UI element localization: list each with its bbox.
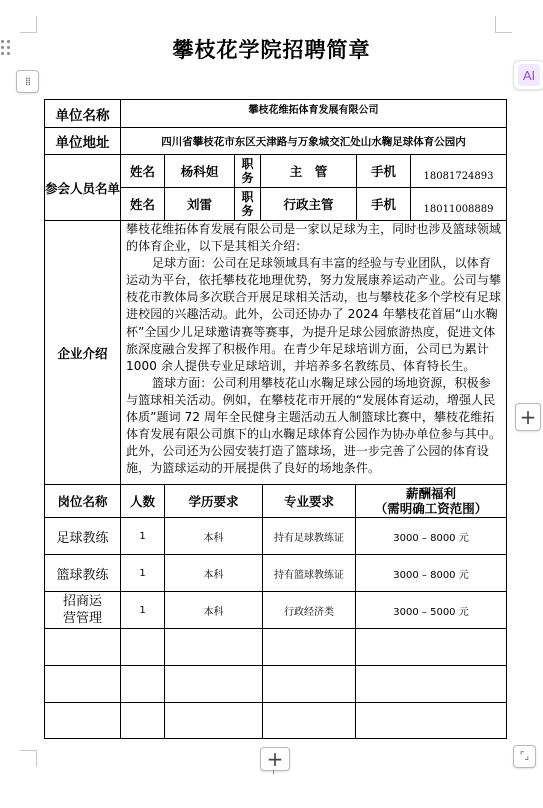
add-column-button[interactable]: +: [515, 403, 541, 431]
job-count[interactable]: 1: [121, 592, 165, 629]
unit-name-label: 单位名称: [45, 100, 121, 128]
empty-cell[interactable]: [165, 666, 263, 703]
empty-cell[interactable]: [121, 666, 165, 703]
attendee-name[interactable]: 杨科妲: [165, 155, 235, 188]
attendee-position[interactable]: 主 管: [261, 155, 357, 188]
intro-paragraph: 攀枝花维拓体育发展有限公司是一家以足球为主，同时也涉及篮球领域的体育企业，以下是…: [126, 221, 502, 255]
header-education: 学历要求: [165, 485, 263, 518]
table-row: 篮球教练 1 本科 持有篮球教练证 3000 – 8000 元: [45, 555, 507, 592]
attendee-phone[interactable]: 18011008889: [411, 188, 507, 221]
page-corner-mark: [495, 16, 512, 33]
job-count[interactable]: 1: [121, 518, 165, 555]
ai-label: AI: [518, 64, 540, 86]
empty-table-row: [45, 629, 507, 666]
empty-cell[interactable]: [121, 703, 165, 739]
empty-cell[interactable]: [263, 666, 356, 703]
attendee-position-label: 职务: [235, 188, 261, 221]
job-salary[interactable]: 3000 – 5000 元: [356, 592, 507, 629]
empty-cell[interactable]: [45, 666, 121, 703]
job-major[interactable]: 行政经济类: [263, 592, 356, 629]
job-major[interactable]: 持有足球教练证: [263, 518, 356, 555]
jobs-table: 岗位名称 人数 学历要求 专业要求 薪酬福利 （需明确工资范围） 足球教练 1 …: [44, 484, 507, 739]
job-education[interactable]: 本科: [165, 555, 263, 592]
plus-icon: +: [267, 749, 284, 769]
empty-cell[interactable]: [263, 703, 356, 739]
attendee-position-label: 职务: [235, 155, 261, 188]
table-row: 足球教练 1 本科 持有足球教练证 3000 – 8000 元: [45, 518, 507, 555]
job-position[interactable]: 篮球教练: [45, 555, 121, 592]
job-position[interactable]: 招商运 营管理: [45, 592, 121, 629]
expand-icon: ⌜⌟: [520, 751, 529, 762]
attendee-position[interactable]: 行政主管: [261, 188, 357, 221]
empty-table-row: [45, 666, 507, 703]
empty-cell[interactable]: [45, 703, 121, 739]
unit-name-value[interactable]: 攀枝花维拓体育发展有限公司: [121, 100, 507, 128]
attendee-name-label: 姓名: [121, 188, 165, 221]
attendee-name[interactable]: 刘雷: [165, 188, 235, 221]
page-corner-mark: [20, 750, 37, 767]
job-count[interactable]: 1: [121, 555, 165, 592]
job-major[interactable]: 持有篮球教练证: [263, 555, 356, 592]
page-marker: [273, 770, 274, 774]
empty-cell[interactable]: [121, 629, 165, 666]
job-education[interactable]: 本科: [165, 518, 263, 555]
plus-icon: +: [520, 407, 537, 427]
document-title: 攀枝花学院招聘简章: [0, 34, 543, 64]
empty-table-row: [45, 703, 507, 739]
block-menu-button[interactable]: ⁞⁞: [16, 70, 39, 93]
intro-text[interactable]: 攀枝花维拓体育发展有限公司是一家以足球为主，同时也涉及篮球领域的体育企业，以下是…: [121, 221, 507, 485]
job-salary[interactable]: 3000 – 8000 元: [356, 518, 507, 555]
job-position[interactable]: 足球教练: [45, 518, 121, 555]
table-row: 招商运 营管理 1 本科 行政经济类 3000 – 5000 元: [45, 592, 507, 629]
empty-cell[interactable]: [356, 666, 507, 703]
attendee-phone-label: 手机: [357, 188, 411, 221]
header-salary: 薪酬福利 （需明确工资范围）: [356, 485, 507, 518]
unit-address-value[interactable]: 四川省攀枝花市东区天津路与万象城交汇处山水鞠足球体育公园内: [121, 128, 507, 155]
empty-cell[interactable]: [263, 629, 356, 666]
header-position: 岗位名称: [45, 485, 121, 518]
expand-button[interactable]: ⌜⌟: [513, 745, 536, 768]
attendees-label: 参会人员名单: [45, 155, 121, 221]
intro-label: 企业介绍: [45, 221, 121, 485]
empty-cell[interactable]: [356, 703, 507, 739]
empty-cell[interactable]: [165, 703, 263, 739]
job-salary[interactable]: 3000 – 8000 元: [356, 555, 507, 592]
add-row-button[interactable]: +: [260, 747, 290, 771]
header-count: 人数: [121, 485, 165, 518]
intro-paragraph-basketball: 篮球方面：公司利用攀枝花山水鞠足球公园的场地资源，积极参与篮球相关活动。例如，在…: [126, 375, 502, 478]
attendee-phone[interactable]: 18081724893: [411, 155, 507, 188]
intro-paragraph-football: 足球方面：公司在足球领域具有丰富的经验与专业团队，以体育运动为平台，依托攀枝花地…: [126, 255, 502, 375]
attendee-name-label: 姓名: [121, 155, 165, 188]
header-major: 专业要求: [263, 485, 356, 518]
page-corner-mark: [20, 16, 37, 33]
empty-cell[interactable]: [165, 629, 263, 666]
company-info-table: 单位名称 攀枝花维拓体育发展有限公司 单位地址 四川省攀枝花市东区天津路与万象城…: [44, 99, 507, 485]
job-education[interactable]: 本科: [165, 592, 263, 629]
unit-address-label: 单位地址: [45, 128, 121, 155]
grip-icon: ⁞⁞: [25, 76, 30, 87]
ai-assistant-button[interactable]: AI: [513, 60, 543, 90]
empty-cell[interactable]: [356, 629, 507, 666]
attendee-phone-label: 手机: [357, 155, 411, 188]
empty-cell[interactable]: [45, 629, 121, 666]
